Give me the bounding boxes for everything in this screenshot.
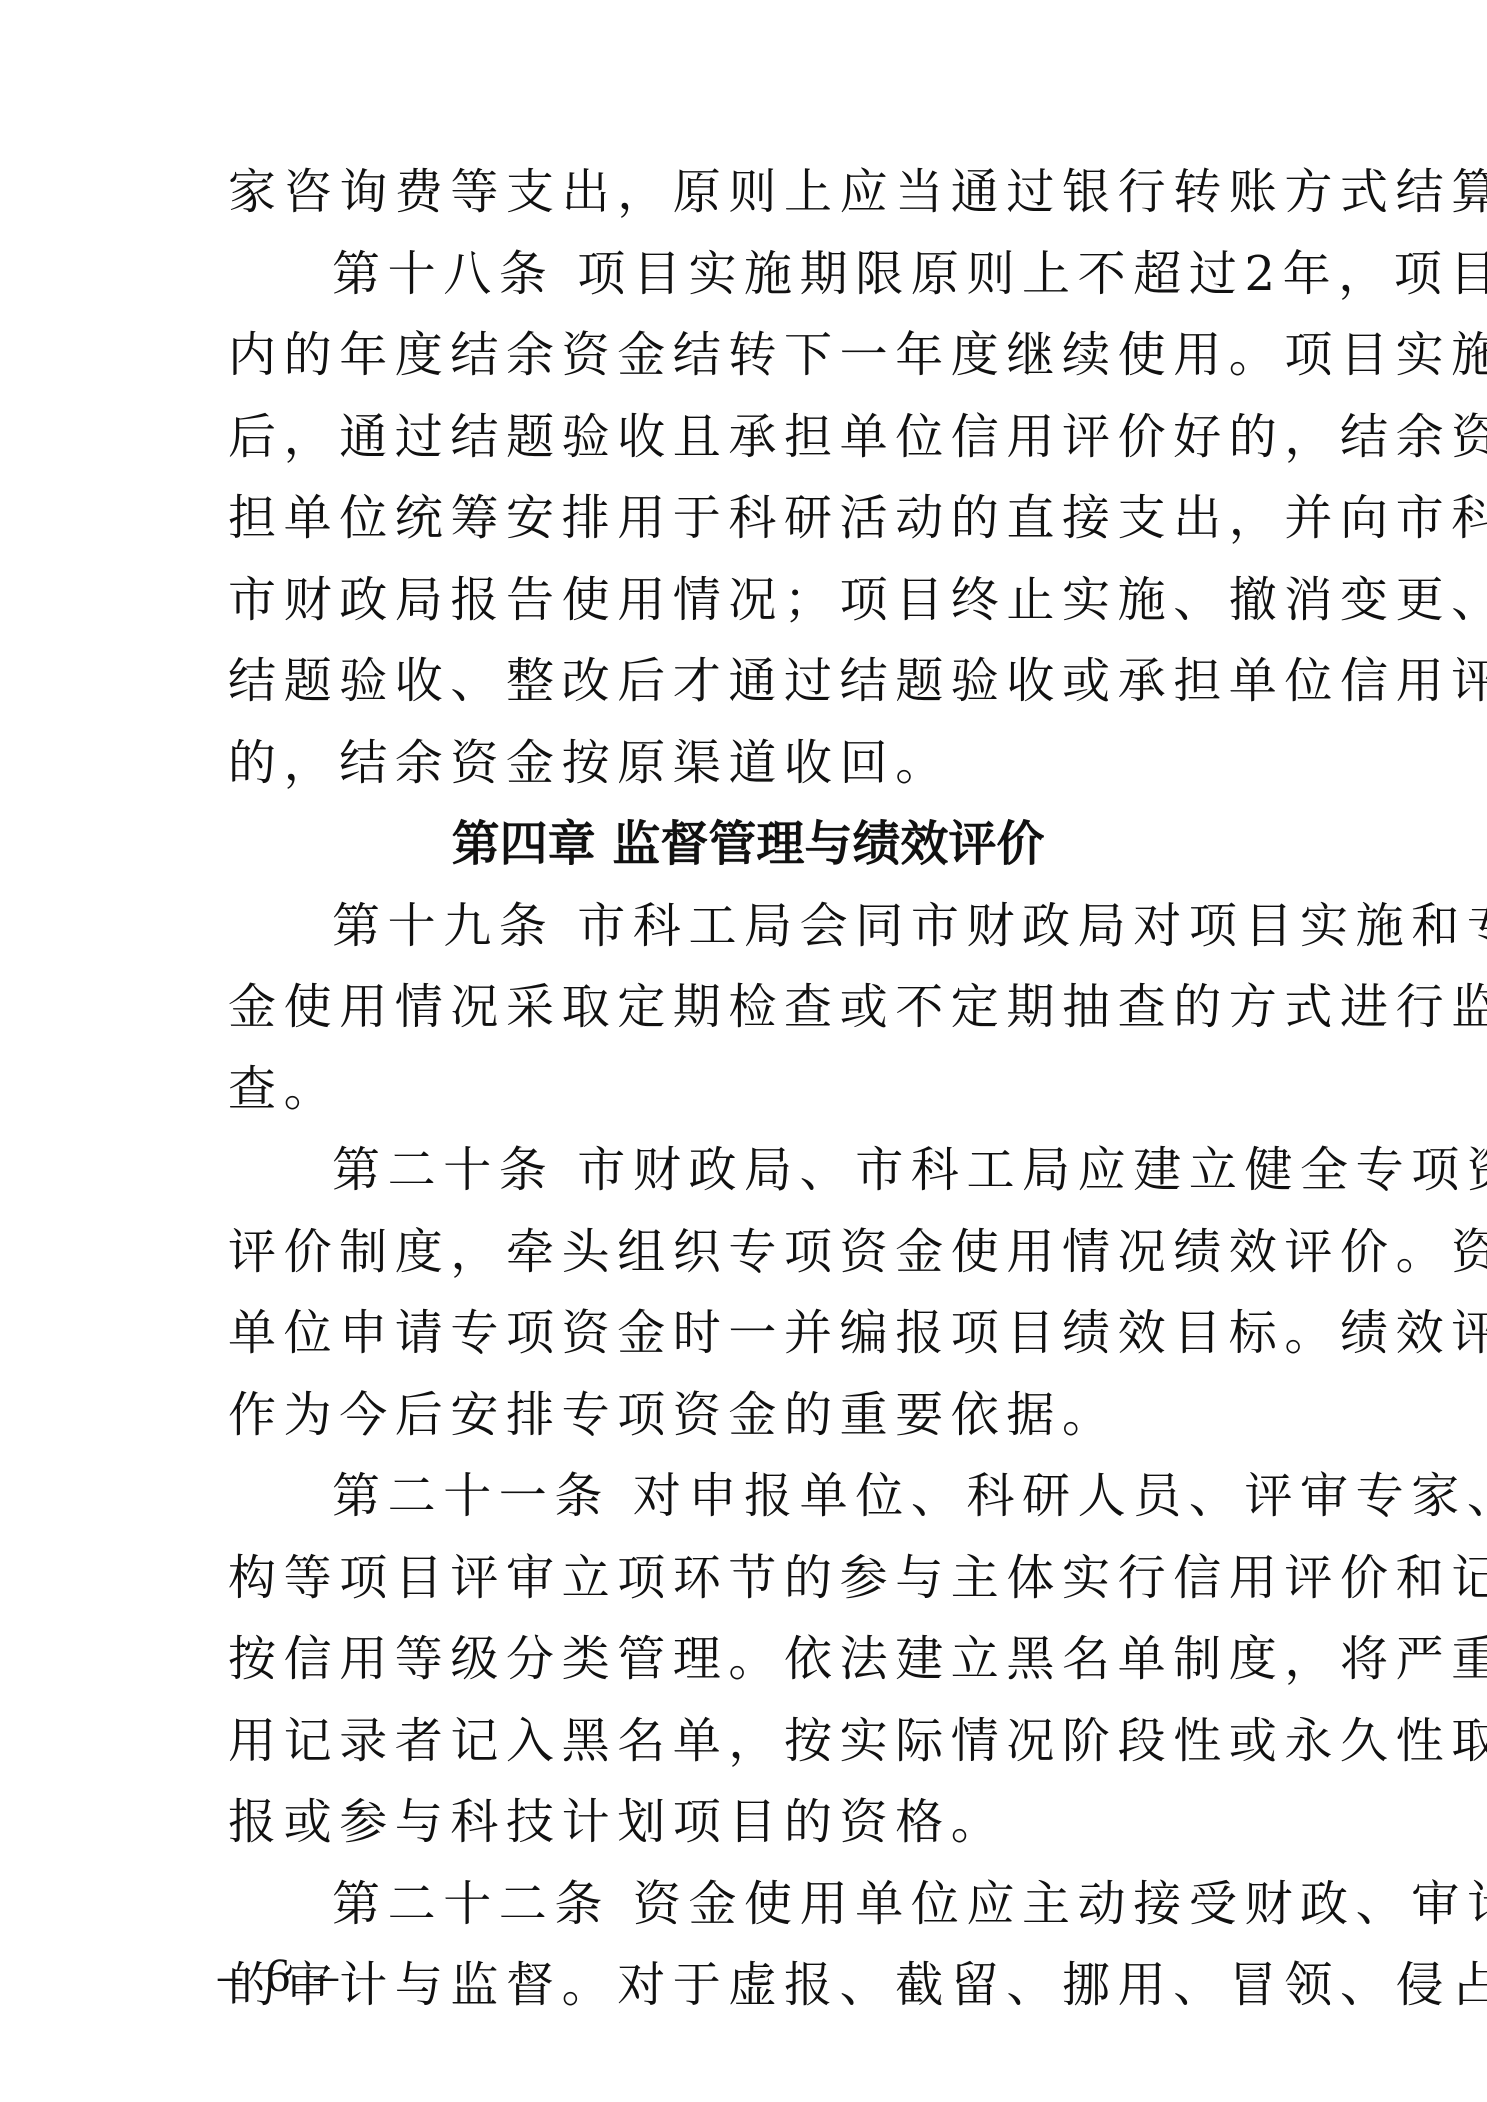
chapter-heading: 第四章 监督管理与绩效评价 (228, 804, 1268, 886)
paragraph-line: 评价制度，牵头组织专项资金使用情况绩效评价。资金使用 (228, 1212, 1268, 1294)
paragraph-line: 担单位统筹安排用于科研活动的直接支出，并向市科工局、 (228, 478, 1268, 560)
paragraph-line: 的审计与监督。对于虚报、截留、挪用、冒领、侵占或提供 (228, 1945, 1268, 2027)
document-body: 家咨询费等支出，原则上应当通过银行转账方式结算。 第十八条 项目实施期限原则上不… (228, 152, 1268, 2027)
paragraph-line: 结题验收、整改后才通过结题验收或承担单位信用评价差 (228, 641, 1268, 723)
document-page: 家咨询费等支出，原则上应当通过银行转账方式结算。 第十八条 项目实施期限原则上不… (0, 0, 1487, 2102)
paragraph-line: 单位申请专项资金时一并编报项目绩效目标。绩效评价结果 (228, 1293, 1268, 1375)
paragraph-line: 用记录者记入黑名单，按实际情况阶段性或永久性取消其申 (228, 1701, 1268, 1783)
paragraph-line: 家咨询费等支出，原则上应当通过银行转账方式结算。 (228, 152, 1268, 234)
paragraph-line: 报或参与科技计划项目的资格。 (228, 1782, 1268, 1864)
paragraph-line: 的，结余资金按原渠道收回。 (228, 723, 1268, 805)
paragraph-line: 金使用情况采取定期检查或不定期抽查的方式进行监督检 (228, 967, 1268, 1049)
article-22-line: 第二十二条 资金使用单位应主动接受财政、审计等部门 (228, 1864, 1268, 1946)
paragraph-line: 作为今后安排专项资金的重要依据。 (228, 1375, 1268, 1457)
article-21-line: 第二十一条 对申报单位、科研人员、评审专家、中介机 (228, 1456, 1268, 1538)
paragraph-line: 构等项目评审立项环节的参与主体实行信用评价和记录，并 (228, 1538, 1268, 1620)
article-19-line: 第十九条 市科工局会同市财政局对项目实施和专项资 (228, 886, 1268, 968)
article-18-line: 第十八条 项目实施期限原则上不超过2年，项目实施期 (228, 234, 1268, 316)
page-number: – 6 – (218, 1948, 344, 2003)
paragraph-line: 查。 (228, 1049, 1268, 1131)
paragraph-line: 按信用等级分类管理。依法建立黑名单制度，将严重不良信 (228, 1619, 1268, 1701)
article-20-line: 第二十条 市财政局、市科工局应建立健全专项资金绩效 (228, 1130, 1268, 1212)
paragraph-line: 内的年度结余资金结转下一年度继续使用。项目实施期满 (228, 315, 1268, 397)
paragraph-line: 后，通过结题验收且承担单位信用评价好的，结余资金由承 (228, 397, 1268, 479)
paragraph-line: 市财政局报告使用情况；项目终止实施、撤消变更、未通过 (228, 560, 1268, 642)
